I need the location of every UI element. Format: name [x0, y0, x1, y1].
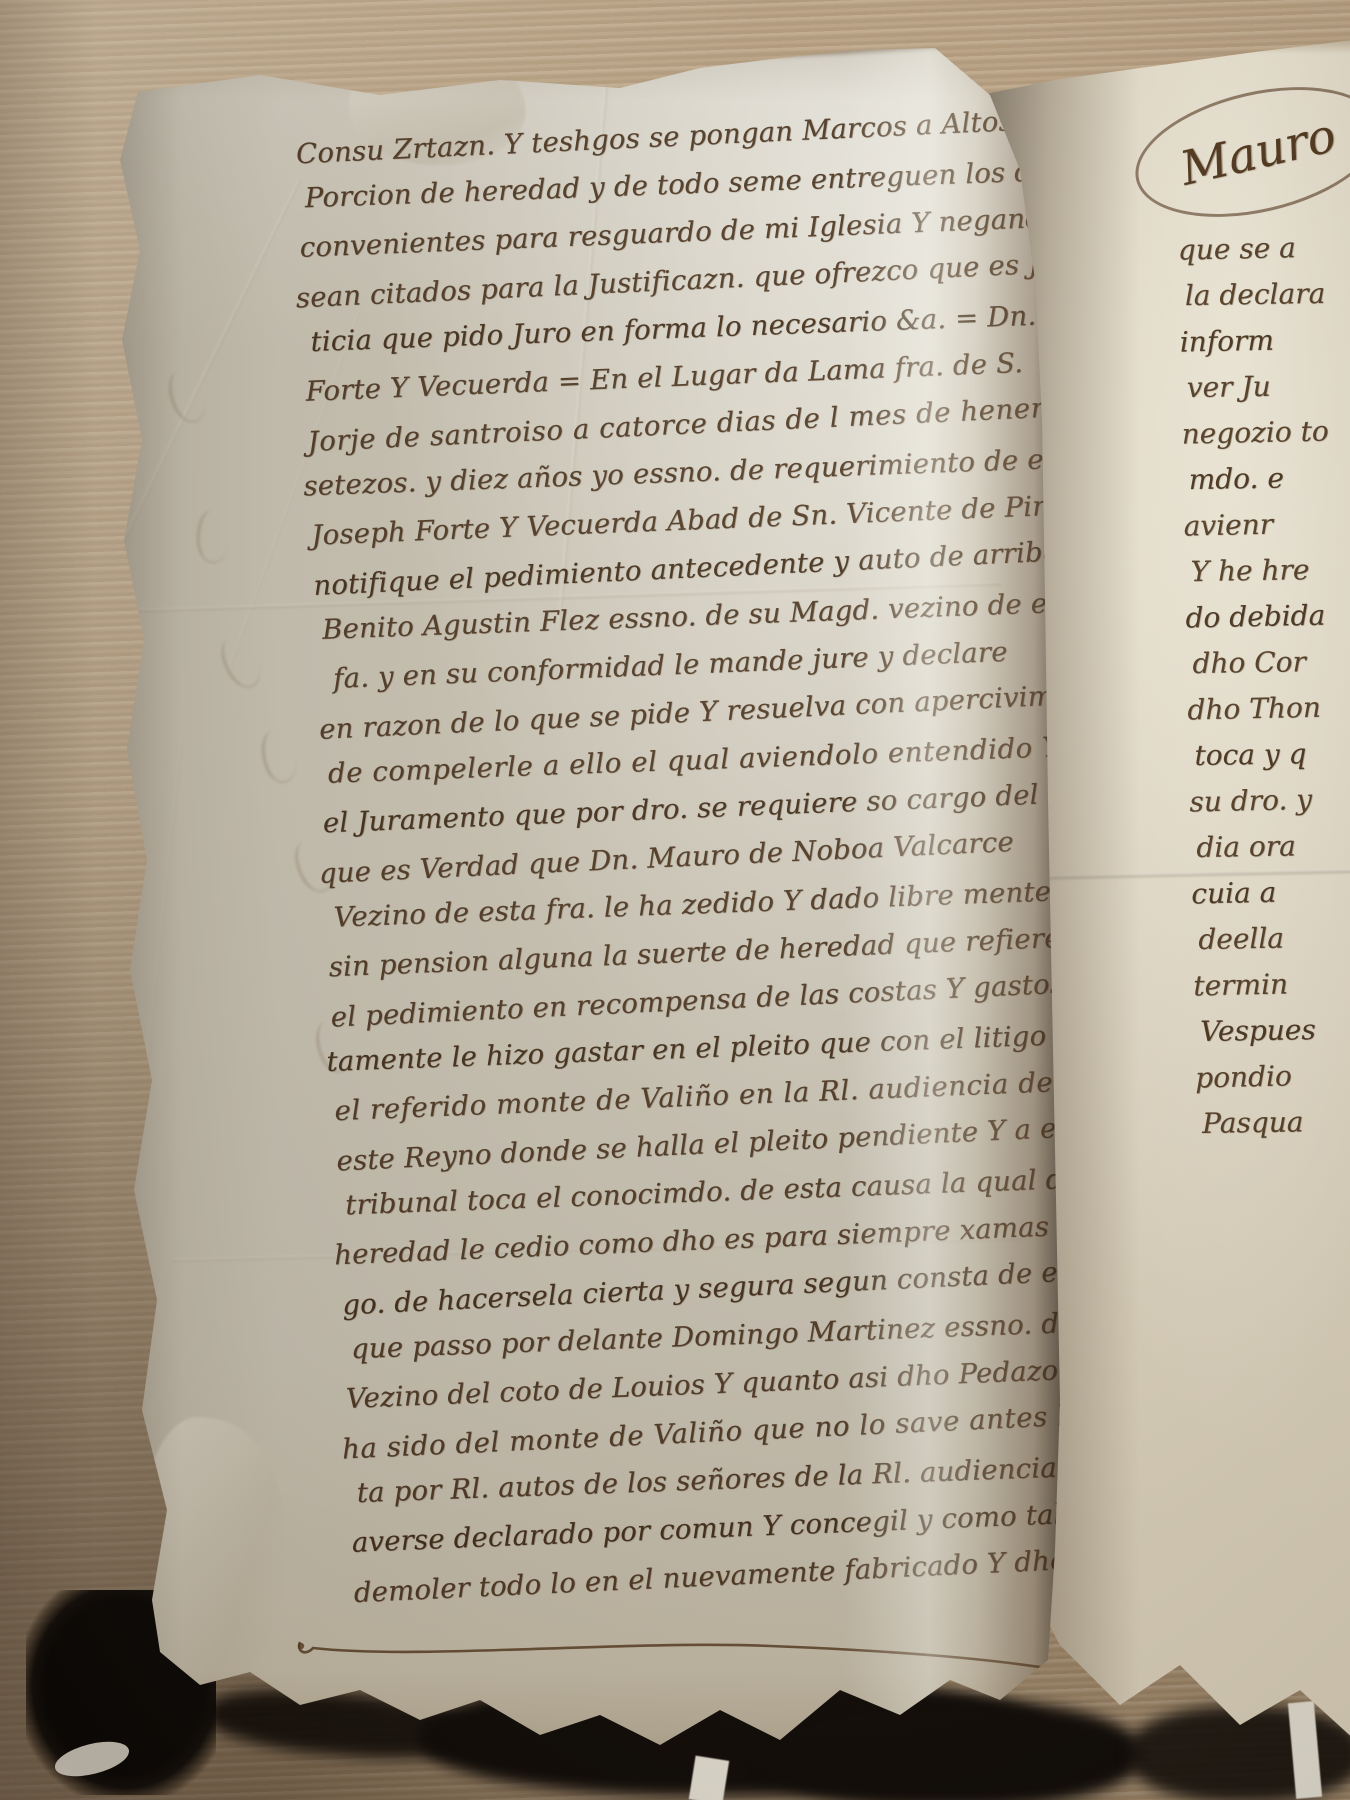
ink-bleedthrough-mark: [216, 632, 266, 694]
manuscript-line: toca y q: [1194, 731, 1336, 779]
paper-crease: [110, 179, 301, 567]
manuscript-line: su dro. y: [1189, 776, 1337, 825]
manuscript-photo: Mauro que se ala declarainformver Junego…: [0, 0, 1350, 1800]
manuscript-line: dho Thon: [1187, 684, 1335, 733]
manuscript-line: que se a: [1177, 225, 1325, 274]
manuscript-line: la declara: [1184, 271, 1326, 319]
manuscript-line: Y he hre: [1190, 547, 1332, 595]
manuscript-line: dia ora: [1196, 823, 1338, 871]
manuscript-line: mdo. e: [1188, 455, 1330, 503]
manuscript-line: ver Ju: [1186, 363, 1328, 411]
left-page-text: Consu Zrtazn. Y teshgos se pongan Marcos…: [295, 97, 1124, 1615]
manuscript-line: Vespues: [1200, 1007, 1342, 1055]
manuscript-line: inform: [1179, 317, 1327, 366]
manuscript-line: pondio: [1195, 1052, 1343, 1101]
manuscript-line: negozio to: [1181, 409, 1329, 458]
ink-flourish-line: [290, 1622, 1080, 1682]
manuscript-line: deella: [1198, 915, 1340, 963]
ink-bleedthrough-mark: [192, 508, 233, 566]
manuscript-line: cuia a: [1191, 868, 1339, 917]
manuscript-page-left: Consu Zrtazn. Y teshgos se pongan Marcos…: [112, 40, 1062, 1760]
page-bottom-shadow: [760, 1700, 1140, 1800]
right-page-text: que se ala declarainformver Junegozio to…: [1177, 225, 1343, 1148]
manuscript-line: avienr: [1183, 501, 1331, 550]
ink-bleedthrough-mark: [259, 728, 298, 785]
cardboard-seam: [0, 0, 95, 1800]
flourished-word-text: Mauro: [1175, 108, 1341, 197]
manuscript-line: termin: [1193, 960, 1341, 1009]
page-edge-stain: [644, 37, 996, 63]
manuscript-line: dho Cor: [1192, 639, 1334, 687]
manuscript-line: do debida: [1185, 592, 1333, 641]
flourished-word: Mauro: [1123, 65, 1350, 238]
paper-crease: [128, 741, 182, 1238]
manuscript-line: Pasqua: [1202, 1099, 1344, 1147]
paper-fragment: [689, 1756, 729, 1800]
